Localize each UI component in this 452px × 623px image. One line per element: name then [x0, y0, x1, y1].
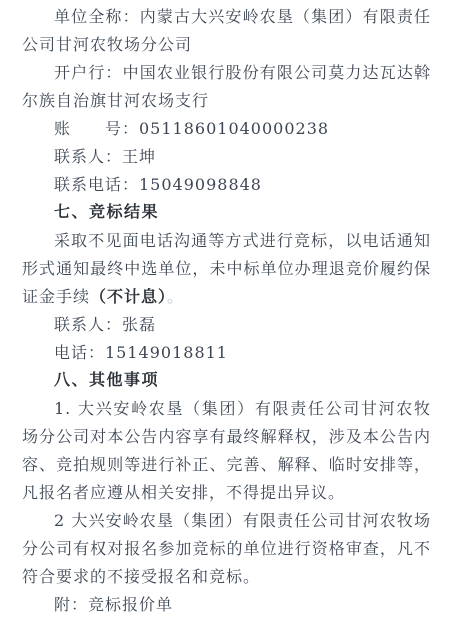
document-paragraph: 联系电话：15049098848	[22, 171, 431, 199]
document-paragraph: 账 号：05118601040000238	[22, 115, 431, 143]
text-run: 七、竞标结果	[54, 204, 159, 221]
document-paragraph: 电话：15149018811	[22, 339, 431, 367]
document-paragraph: 联系人：张磊	[22, 311, 431, 339]
text-run: （不计息）	[90, 287, 167, 306]
text-run: 开户行：中国农业银行股份有限公司莫力达瓦达斡尔族自治旗甘河农场支行	[22, 63, 431, 110]
document-body: 单位全称：内蒙古大兴安岭农垦（集团）有限责任公司甘河农牧场分公司开户行：中国农业…	[22, 3, 431, 619]
text-run: 1. 大兴安岭农垦（集团）有限责任公司甘河农牧场分公司对本公告内容享有最终解释权…	[22, 399, 431, 502]
text-run: 八、其他事项	[54, 372, 159, 389]
text-run: 。	[167, 287, 184, 306]
document-page: 单位全称：内蒙古大兴安岭农垦（集团）有限责任公司甘河农牧场分公司开户行：中国农业…	[0, 0, 452, 623]
text-run: 联系人：王坤	[54, 147, 156, 166]
document-paragraph: 附：竞标报价单	[22, 591, 431, 619]
document-paragraph: 2 大兴安岭农垦（集团）有限责任公司甘河农牧场分公司有权对报名参加竞标的单位进行…	[22, 507, 431, 591]
document-paragraph: 1. 大兴安岭农垦（集团）有限责任公司甘河农牧场分公司对本公告内容享有最终解释权…	[22, 395, 431, 507]
text-run: 联系人：张磊	[54, 315, 156, 334]
text-run: 电话：15149018811	[54, 343, 228, 362]
document-paragraph: 联系人：王坤	[22, 143, 431, 171]
section-heading: 七、竞标结果	[22, 199, 431, 227]
section-heading: 八、其他事项	[22, 367, 431, 395]
text-run: 单位全称：内蒙古大兴安岭农垦（集团）有限责任公司甘河农牧场分公司	[22, 7, 431, 54]
document-paragraph: 采取不见面电话沟通等方式进行竞标，以电话通知形式通知最终中选单位，未中标单位办理…	[22, 227, 431, 311]
text-run: 账 号：05118601040000238	[54, 119, 329, 138]
document-paragraph: 开户行：中国农业银行股份有限公司莫力达瓦达斡尔族自治旗甘河农场支行	[22, 59, 431, 115]
text-run: 2 大兴安岭农垦（集团）有限责任公司甘河农牧场分公司有权对报名参加竞标的单位进行…	[22, 511, 431, 586]
text-run: 采取不见面电话沟通等方式进行竞标，以电话通知形式通知最终中选单位，未中标单位办理…	[22, 231, 431, 306]
text-run: 联系电话：15049098848	[54, 175, 262, 194]
text-run: 附：竞标报价单	[54, 595, 173, 614]
document-paragraph: 单位全称：内蒙古大兴安岭农垦（集团）有限责任公司甘河农牧场分公司	[22, 3, 431, 59]
